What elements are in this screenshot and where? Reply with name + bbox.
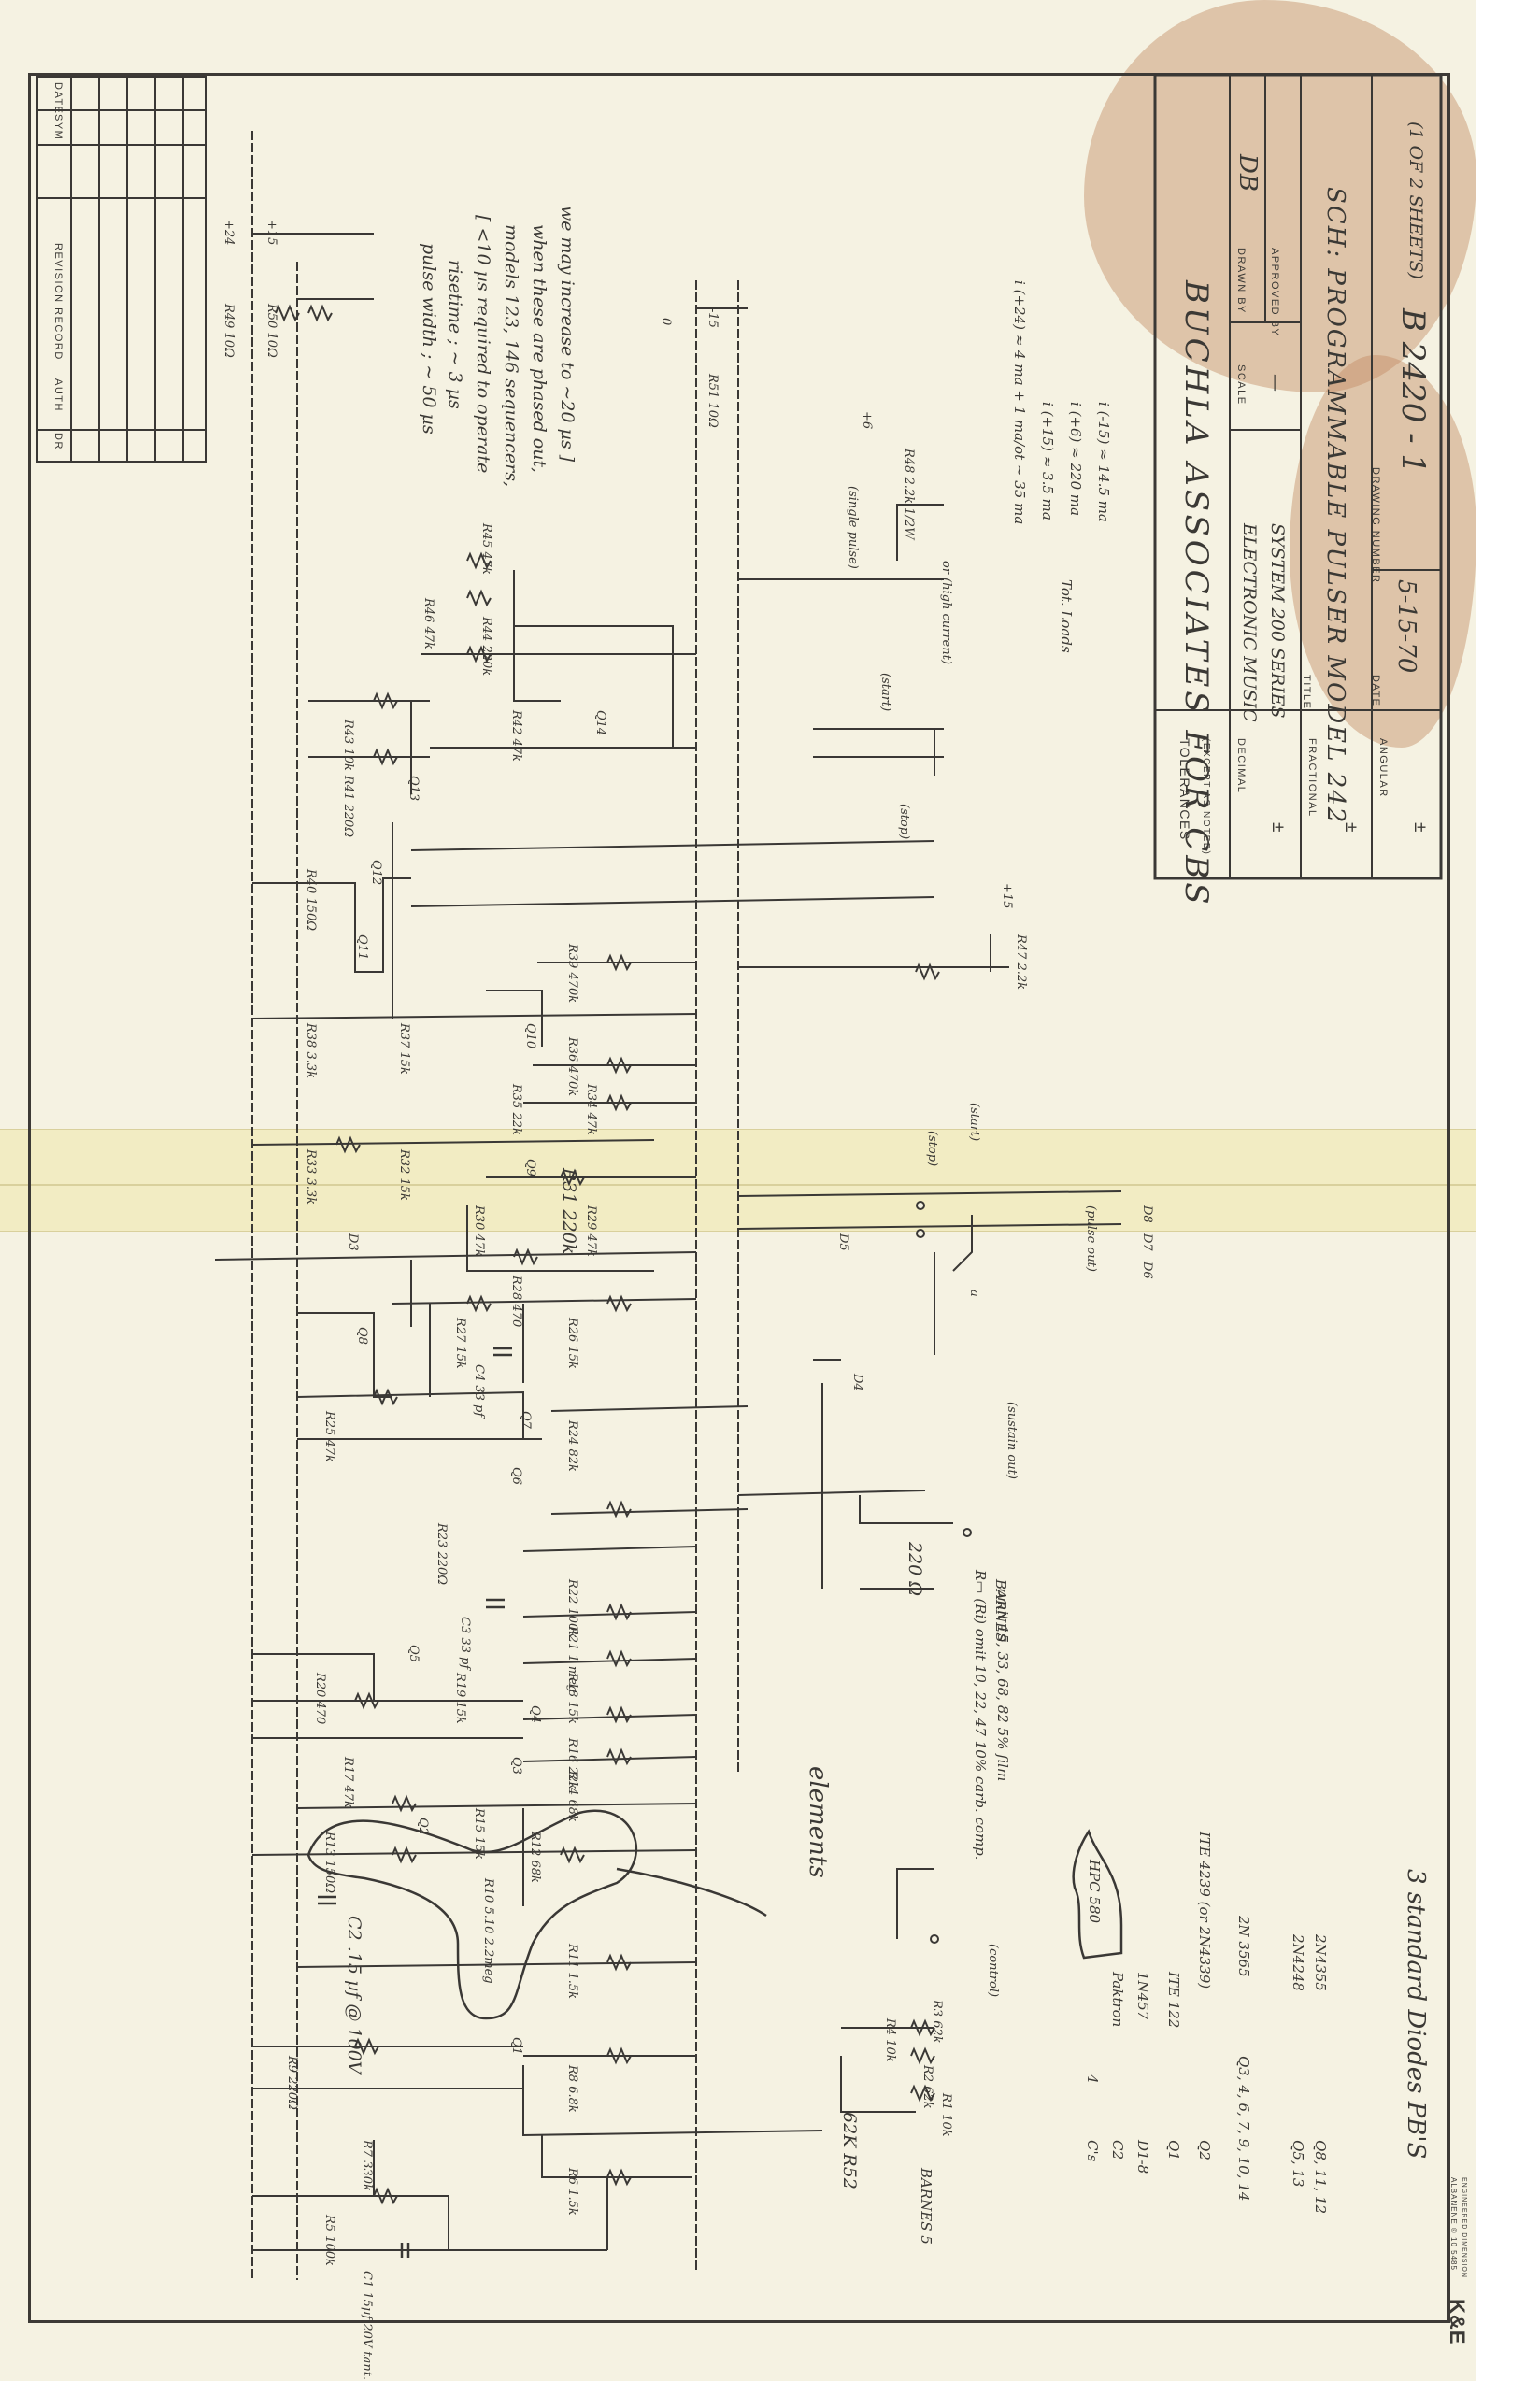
label-r7: R7 330k xyxy=(360,2140,374,2191)
label-r26: R26 15k xyxy=(565,1318,579,1369)
rail-r51: R51 10Ω xyxy=(706,374,720,428)
rail-r48: R48 2.2k 1/2W xyxy=(902,449,916,539)
label-r31: R31 220k xyxy=(559,1168,579,1254)
angular-label: ANGULAR xyxy=(1377,738,1389,798)
label-r42: R42 47k xyxy=(509,710,523,762)
drawn-by-value: DB xyxy=(1233,154,1262,192)
drawing-number-label: DRAWING NUMBER xyxy=(1370,467,1381,583)
label-r3: R3 62k xyxy=(930,2000,944,2044)
rev-header-dr: DR xyxy=(52,433,64,450)
label-r17: R17 47k xyxy=(341,1757,355,1808)
parts-val-2: 1N457 xyxy=(1134,1972,1151,2019)
approved-by-label: APPROVED BY xyxy=(1269,248,1280,336)
label-r13: R13 150Ω xyxy=(322,1832,336,1893)
total-loads-label: Tot. Loads xyxy=(1058,579,1075,653)
label-c1: C1 15µf 20V tant. xyxy=(360,2271,374,2380)
rail-p15: +15 xyxy=(264,220,278,245)
label-r36: R36 470k xyxy=(565,1037,579,1096)
label-q4: Q4 xyxy=(528,1705,542,1723)
parts-val-1: Paktron xyxy=(1109,1972,1126,2027)
resistor-note-1: R▭ (Ri) omit 10, 22, 47 10% carb. comp. xyxy=(972,1570,989,1861)
company-name: BUCHLA ASSOCIATES FOR CBS xyxy=(1177,280,1215,908)
label-q7: Q7 xyxy=(519,1411,533,1429)
signal-high-current: or (high current) xyxy=(939,561,953,664)
parts-ref-3: Q1 xyxy=(1165,2140,1182,2160)
rail-p24: +24 xyxy=(221,220,235,245)
fractional-label: FRACTIONAL xyxy=(1306,738,1318,818)
label-r43: R43 10k xyxy=(341,720,355,771)
label-r40: R40 150Ω xyxy=(304,869,318,931)
label-d7: D7 xyxy=(1140,1233,1154,1251)
parts-ref-4: Q2 xyxy=(1196,2140,1213,2160)
label-q1: Q1 xyxy=(509,2037,523,2055)
label-r11: R11 1.5k xyxy=(565,1944,579,1999)
rail-p6: +6 xyxy=(860,411,874,429)
rail-r49: R49 10Ω xyxy=(221,304,235,358)
label-r9: R9 220Ω xyxy=(285,2056,299,2110)
label-r25: R25 47k xyxy=(322,1411,336,1462)
label-r6: R6 1.5k xyxy=(565,2168,579,2216)
signal-stop: (stop) xyxy=(897,804,911,839)
note-bracket-1: [ <10 µs required to operate xyxy=(473,215,493,473)
label-q12: Q12 xyxy=(369,860,383,885)
label-r33: R33 3.3k xyxy=(304,1149,318,1205)
load-p6: i (+6) ≈ 220 ma xyxy=(1067,402,1084,516)
label-r20: R20 470 xyxy=(313,1673,327,1724)
scale-value: — xyxy=(1265,374,1286,392)
label-r32: R32 15k xyxy=(397,1149,411,1201)
label-r19: R19 15k xyxy=(453,1673,467,1724)
label-c4: C4 33 pf xyxy=(472,1364,486,1417)
label-d8: D8 xyxy=(1140,1205,1154,1223)
project-line-2: SYSTEM 200 SERIES xyxy=(1267,523,1288,719)
label-r27: R27 15k xyxy=(453,1318,467,1369)
label-r28: R28 470 xyxy=(509,1276,523,1327)
hpc-box-label: HPC 580 xyxy=(1086,1860,1103,1923)
date-label: DATE xyxy=(1370,675,1381,707)
label-r45: R45 47k xyxy=(479,523,493,575)
note-pulse-width: pulse width ; ~ 50 µs xyxy=(419,243,439,435)
label-r38: R38 3.3k xyxy=(304,1023,318,1078)
label-r37: R37 15k xyxy=(397,1023,411,1075)
decimal-pm: ± xyxy=(1267,822,1288,833)
label-r44: R44 220k xyxy=(479,617,493,676)
note-bracket-3: when these are phased out, xyxy=(529,224,549,473)
label-q9: Q9 xyxy=(523,1159,537,1176)
parts-val-4: ITE 4239 (or 2N4339) xyxy=(1196,1832,1213,1989)
label-q10: Q10 xyxy=(523,1023,537,1048)
label-q11: Q11 xyxy=(355,934,369,960)
parts-val-3: ITE 122 xyxy=(1165,1972,1182,2028)
label-r18: R18 15k xyxy=(565,1673,579,1724)
label-d5: D5 xyxy=(836,1233,850,1251)
label-r14: R14 68k xyxy=(565,1771,579,1822)
sheet-count: (1 OF 2 SHEETS) xyxy=(1405,121,1426,279)
load-p15: i (+15) ≈ 3.5 ma xyxy=(1039,402,1056,520)
barnes-label: BARNES xyxy=(992,1579,1009,1643)
parts-val-5: 2N 3565 xyxy=(1235,1916,1252,1977)
rev-header-revision-record: REVISION RECORD xyxy=(52,243,64,361)
signal-single-pulse: (single pulse) xyxy=(846,486,860,569)
rev-header-auth: AUTH xyxy=(52,378,64,412)
signal-a: a xyxy=(967,1290,981,1297)
label-r23: R23 220Ω xyxy=(435,1523,449,1585)
parts-ref-6: Q5, 13 xyxy=(1290,2140,1306,2187)
parts-val-0: 4 xyxy=(1084,2074,1101,2084)
label-r41: R41 220Ω xyxy=(341,776,355,837)
label-r30: R30 47k xyxy=(472,1205,486,1257)
label-q6: Q6 xyxy=(509,1467,523,1485)
label-r10: R10 5.10 2.2meg xyxy=(481,1878,495,1984)
label-r39: R39 470k xyxy=(565,944,579,1003)
parts-ref-5: Q3, 4, 6, 7, 9, 10, 14 xyxy=(1235,2056,1252,2201)
note-bracket-4: we may increase to ~20 µs ] xyxy=(557,206,577,462)
label-r24: R24 82k xyxy=(565,1420,579,1472)
signal-start-2: (start) xyxy=(967,1103,981,1141)
r52-label: 62K R52 xyxy=(839,2112,860,2189)
label-r5: R5 100k xyxy=(322,2215,336,2266)
parts-ref-2: D1-8 xyxy=(1134,2140,1151,2174)
rev-header-date: DATE xyxy=(52,82,64,115)
label-r1: R1 10k xyxy=(939,2093,953,2137)
barnes-label-2: BARNES 5 xyxy=(918,2168,934,2245)
label-r2: R2 62k xyxy=(920,2065,934,2109)
label-r29: R29 47k xyxy=(584,1205,598,1257)
ke-manufacturer-text: ALBANENE ® 10 5485 xyxy=(1449,2177,1458,2271)
drawing-number: B 2420 - 1 xyxy=(1394,308,1432,474)
label-r35: R35 22k xyxy=(509,1084,523,1135)
barnes-resistor-value: 220 Ω xyxy=(905,1542,925,1596)
signal-control: (control) xyxy=(986,1944,1000,1997)
note-bracket-2: models 123, 146 sequencers, xyxy=(501,224,521,487)
label-c2: C2 .15 µf @ 100V xyxy=(344,1916,364,2074)
rail-r47-plus15: +15 xyxy=(1000,883,1014,908)
drawing-title: SCH: PROGRAMMABLE PULSER MODEL 242 xyxy=(1321,187,1349,824)
date-value: 5-15-70 xyxy=(1392,579,1420,673)
angular-pm: ± xyxy=(1409,822,1430,833)
parts-ref-1: C2 xyxy=(1109,2140,1126,2160)
load-m15: i (-15) ≈ 14.5 ma xyxy=(1095,402,1112,522)
scale-label: SCALE xyxy=(1235,364,1247,406)
signal-stop-2: (stop) xyxy=(925,1131,939,1166)
rail-r47: R47 2.2k xyxy=(1014,934,1028,990)
rail-m15: -15 xyxy=(706,308,720,328)
rev-header-sym: SYM xyxy=(52,114,64,140)
signal-start: (start) xyxy=(878,673,892,711)
parts-ref-7: Q8, 11, 12 xyxy=(1312,2140,1329,2214)
rail-r50: R50 10Ω xyxy=(264,304,278,358)
label-r46: R46 47k xyxy=(421,598,435,649)
drawn-by-label: DRAWN BY xyxy=(1235,248,1247,314)
label-r8: R8 6.8k xyxy=(565,2065,579,2113)
label-q3: Q3 xyxy=(509,1757,523,1775)
label-r34: R34 47k xyxy=(584,1084,598,1135)
label-q8: Q8 xyxy=(355,1327,369,1345)
parts-ref-0: C's xyxy=(1084,2140,1101,2161)
signal-pulse-out: (pulse out) xyxy=(1084,1205,1098,1272)
elements-annotation: elements xyxy=(804,1766,832,1878)
label-q5: Q5 xyxy=(406,1645,421,1662)
decimal-label: DECIMAL xyxy=(1235,738,1247,793)
label-d4: D4 xyxy=(850,1374,864,1391)
note-risetime: risetime ; ~ 3 µs xyxy=(445,260,465,409)
rail-zero: 0 xyxy=(659,318,673,325)
parts-val-7: 2N4355 xyxy=(1312,1934,1329,1991)
load-p24: i (+24) ≈ 4 ma + 1 ma/ot ~ 35 ma xyxy=(1011,280,1028,524)
project-line-1: ELECTRONIC MUSIC xyxy=(1239,523,1260,722)
label-r4: R4 10k xyxy=(883,2018,897,2062)
label-c3: C3 33 pf xyxy=(458,1617,472,1669)
label-q2: Q2 xyxy=(416,1818,430,1835)
standard-diodes-note: 3 standard Diodes PB'S xyxy=(1402,1869,1430,2159)
label-r15: R15 15k xyxy=(472,1808,486,1860)
label-d3: D3 xyxy=(346,1233,360,1251)
label-d6: D6 xyxy=(1140,1262,1154,1279)
label-q13: Q13 xyxy=(406,776,421,801)
label-r12: R12 68k xyxy=(528,1832,542,1883)
parts-val-6: 2N4248 xyxy=(1290,1934,1306,1991)
ke-logo: K&E xyxy=(1445,2299,1469,2345)
title-label: TITLE xyxy=(1301,675,1312,709)
ke-manufacturer-subtext: ENGINEERED DIMENSION xyxy=(1461,2177,1467,2278)
signal-sustain-out: (sustain out) xyxy=(1005,1402,1019,1479)
label-q14: Q14 xyxy=(593,710,607,735)
